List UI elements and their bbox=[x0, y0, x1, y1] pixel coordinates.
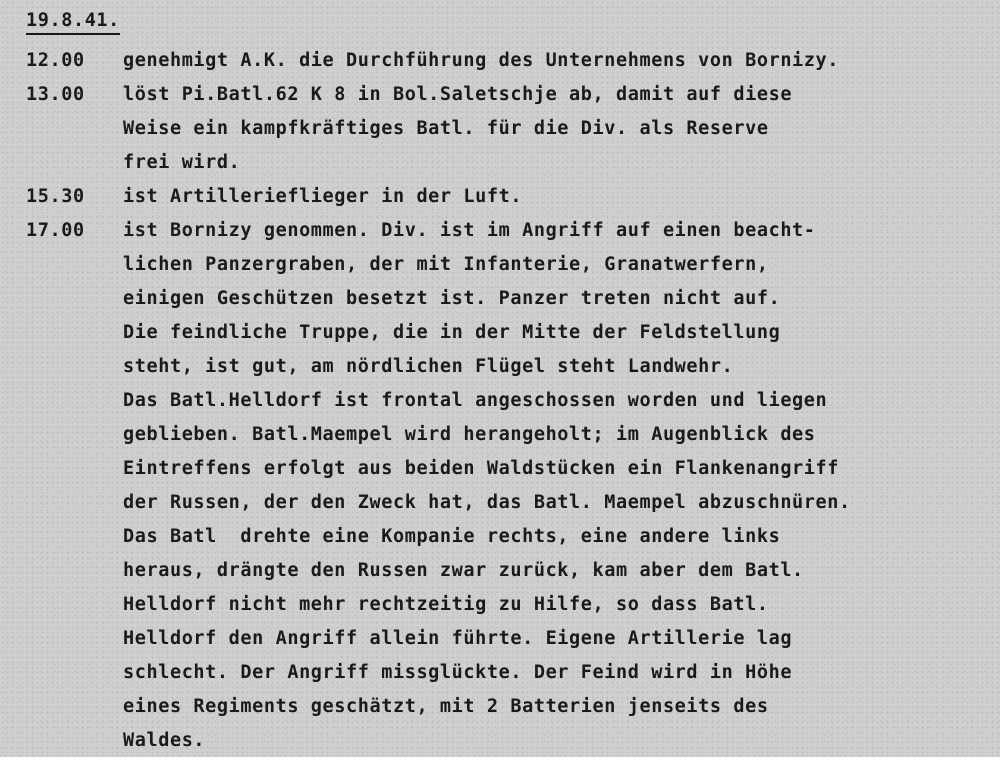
date-heading: 19.8.41. bbox=[26, 10, 120, 35]
text-line: Die feindliche Truppe, die in der Mitte … bbox=[123, 316, 1000, 350]
entry-time: 12.00 bbox=[26, 44, 123, 78]
diary-entry: 17.00 ist Bornizy genommen. Div. ist im … bbox=[26, 214, 1000, 757]
diary-entry: 13.00 löst Pi.Batl.62 K 8 in Bol.Saletsc… bbox=[26, 78, 1000, 180]
text-line: der Russen, der den Zweck hat, das Batl.… bbox=[123, 486, 1000, 520]
text-line: schlecht. Der Angriff missglückte. Der F… bbox=[123, 656, 1000, 690]
entry-time: 15.30 bbox=[26, 180, 123, 214]
text-line: eines Regiments geschätzt, mit 2 Batteri… bbox=[123, 690, 1000, 724]
diary-entry: 15.30 ist Artillerieflieger in der Luft. bbox=[26, 180, 1000, 214]
entry-time: 17.00 bbox=[26, 214, 123, 248]
war-diary-entries: 12.00 genehmigt A.K. die Durchführung de… bbox=[26, 44, 1000, 757]
text-line: löst Pi.Batl.62 K 8 in Bol.Saletschje ab… bbox=[123, 78, 1000, 112]
entry-text: ist Artillerieflieger in der Luft. bbox=[123, 180, 1000, 214]
text-line: einigen Geschützen besetzt ist. Panzer t… bbox=[123, 282, 1000, 316]
text-line: Weise ein kampfkräftiges Batl. für die D… bbox=[123, 112, 1000, 146]
text-line: Waldes. bbox=[123, 724, 1000, 757]
entry-text: genehmigt A.K. die Durchführung des Unte… bbox=[123, 44, 1000, 78]
entry-text: löst Pi.Batl.62 K 8 in Bol.Saletschje ab… bbox=[123, 78, 1000, 180]
text-line: Das Batl.Helldorf ist frontal angeschoss… bbox=[123, 384, 1000, 418]
text-line: ist Bornizy genommen. Div. ist im Angrif… bbox=[123, 214, 1000, 248]
entry-time: 13.00 bbox=[26, 78, 123, 112]
text-line: Eintreffens erfolgt aus beiden Waldstück… bbox=[123, 452, 1000, 486]
typewritten-document-page: 19.8.41. 12.00 genehmigt A.K. die Durchf… bbox=[0, 0, 1000, 757]
text-line: Helldorf den Angriff allein führte. Eige… bbox=[123, 622, 1000, 656]
text-line: Helldorf nicht mehr rechtzeitig zu Hilfe… bbox=[123, 588, 1000, 622]
text-line: genehmigt A.K. die Durchführung des Unte… bbox=[123, 44, 1000, 78]
text-line: heraus, drängte den Russen zwar zurück, … bbox=[123, 554, 1000, 588]
text-line: steht, ist gut, am nördlichen Flügel ste… bbox=[123, 350, 1000, 384]
entry-text: ist Bornizy genommen. Div. ist im Angrif… bbox=[123, 214, 1000, 757]
text-line: Das Batl drehte eine Kompanie rechts, ei… bbox=[123, 520, 1000, 554]
text-line: lichen Panzergraben, der mit Infanterie,… bbox=[123, 248, 1000, 282]
text-line: geblieben. Batl.Maempel wird herangeholt… bbox=[123, 418, 1000, 452]
text-line: frei wird. bbox=[123, 146, 1000, 180]
diary-entry: 12.00 genehmigt A.K. die Durchführung de… bbox=[26, 44, 1000, 78]
text-line: ist Artillerieflieger in der Luft. bbox=[123, 180, 1000, 214]
